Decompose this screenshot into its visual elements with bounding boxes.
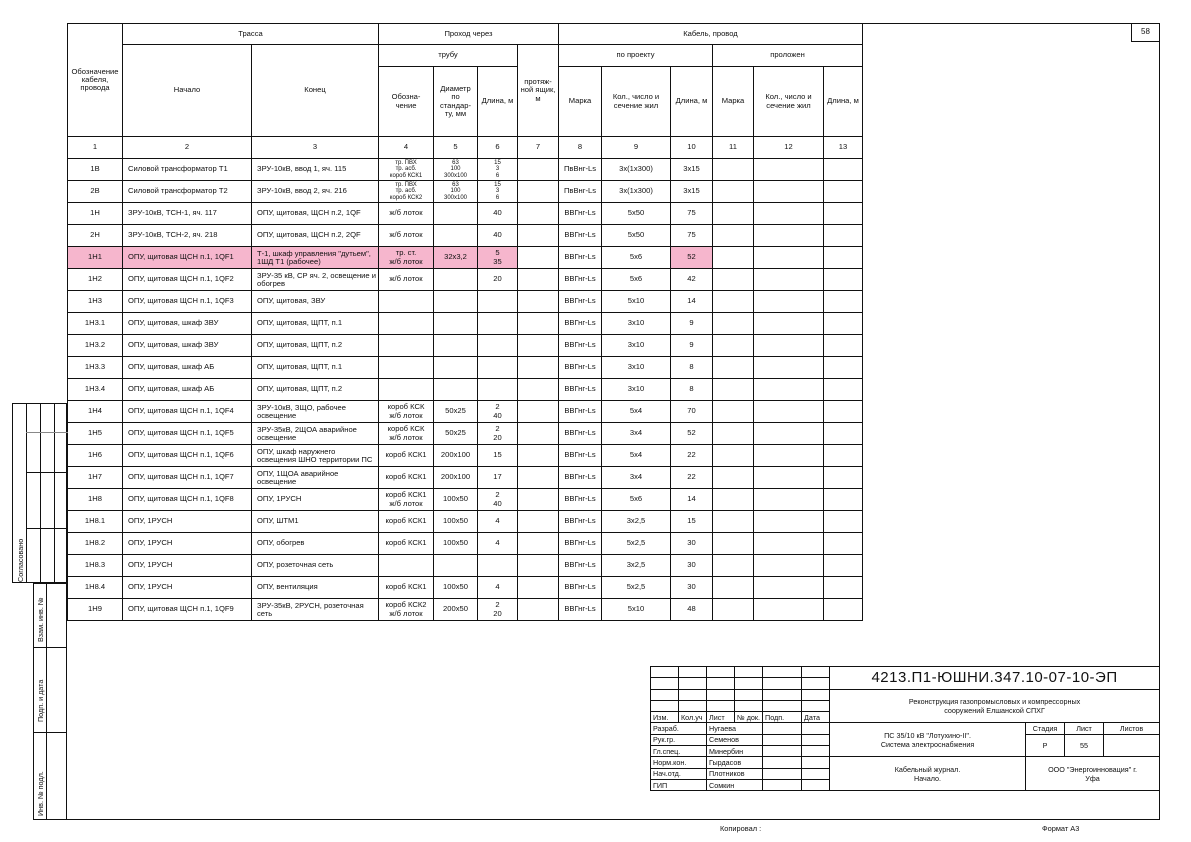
cell-brand: ВВГнг-Ls — [559, 203, 602, 225]
cell-laid-empty — [824, 225, 863, 247]
header-pipe: трубу — [379, 45, 518, 67]
cell-cores: 3x10 — [602, 379, 671, 401]
table-row: 1Н7ОПУ, щитовая ЩСН п.1, 1QF7ОПУ, 1ЩОА а… — [68, 467, 863, 489]
cell-brand: ВВГнг-Ls — [559, 313, 602, 335]
cell-laid-empty — [713, 335, 754, 357]
cell-pipe: короб КСК1 — [379, 533, 434, 555]
cell-plen: 4 — [478, 533, 518, 555]
cell-start: ЗРУ-10кВ, ТСН-1, яч. 117 — [123, 203, 252, 225]
cell-box — [518, 203, 559, 225]
cell-laid-empty — [824, 489, 863, 511]
cell-start: ОПУ, щитовая, шкаф АБ — [123, 357, 252, 379]
cell-box — [518, 511, 559, 533]
role-label: ГИП — [651, 779, 707, 790]
cell-laid-empty — [713, 269, 754, 291]
cell-plen: 2 40 — [478, 489, 518, 511]
revision-header: Лист — [707, 712, 735, 723]
cell-laid-empty — [824, 313, 863, 335]
cell-brand: ВВГнг-Ls — [559, 599, 602, 621]
role-name: Минербин — [707, 746, 763, 757]
cell-id: 1Н7 — [68, 467, 123, 489]
cell-laid-empty — [754, 379, 824, 401]
cell-cores: 5x4 — [602, 445, 671, 467]
sheets-label: Листов — [1104, 723, 1160, 734]
cell-pipe — [379, 313, 434, 335]
header-pipe-length: Длина, м — [478, 67, 518, 137]
cell-laid-empty — [713, 467, 754, 489]
cell-box — [518, 577, 559, 599]
cell-box — [518, 401, 559, 423]
revision-header: Изм. — [651, 712, 679, 723]
cell-plen: 15 3 6 — [478, 159, 518, 181]
cell-end: ОПУ, щитовая, ЗВУ — [252, 291, 379, 313]
cell-end: ОПУ, щитовая, ЩСН п.2, 1QF — [252, 203, 379, 225]
cell-laid-empty — [713, 511, 754, 533]
cell-pipe — [379, 335, 434, 357]
cell-pipe — [379, 555, 434, 577]
cell-box — [518, 225, 559, 247]
signature — [763, 779, 802, 790]
cell-box — [518, 467, 559, 489]
column-number: 4 — [379, 137, 434, 159]
cell-laid-empty — [754, 313, 824, 335]
cell-laid-empty — [824, 401, 863, 423]
table-row: 1Н8.4ОПУ, 1РУСНОПУ, вентиляциякороб КСК1… — [68, 577, 863, 599]
cell-box — [518, 269, 559, 291]
sheet-title: Кабельный журнал. Начало. — [830, 757, 1026, 791]
cell-cores: 3x4 — [602, 467, 671, 489]
table-row: 1Н3.4ОПУ, щитовая, шкаф АБОПУ, щитовая, … — [68, 379, 863, 401]
format-label: Формат А3 — [1042, 824, 1079, 833]
cell-brand: ВВГнг-Ls — [559, 379, 602, 401]
cell-laid-empty — [824, 599, 863, 621]
cell-plen: 2 40 — [478, 401, 518, 423]
table-row: 1Н8.1ОПУ, 1РУСНОПУ, ШТМ1короб КСК1100x50… — [68, 511, 863, 533]
cell-start: ОПУ, щитовая, шкаф ЗВУ — [123, 335, 252, 357]
role-name: Гырдасов — [707, 757, 763, 768]
cell-laid-empty — [754, 489, 824, 511]
cell-pipe: тр. ПВХ тр. асб. короб КСК1 — [379, 159, 434, 181]
table-row: 1Н8.2ОПУ, 1РУСНОПУ, обогревкороб КСК1100… — [68, 533, 863, 555]
role-label: Нач.отд. — [651, 768, 707, 779]
cell-plen: 4 — [478, 577, 518, 599]
cell-len: 9 — [671, 335, 713, 357]
role-name: Сомкин — [707, 779, 763, 790]
cell-len: 52 — [671, 423, 713, 445]
cell-id: 1Н8 — [68, 489, 123, 511]
cell-len: 30 — [671, 533, 713, 555]
cell-plen: 5 35 — [478, 247, 518, 269]
cell-id: 1Н3.3 — [68, 357, 123, 379]
cell-laid-empty — [754, 599, 824, 621]
cell-diam — [434, 335, 478, 357]
table-row: 2ВСиловой трансформатор Т2ЗРУ-10кВ, ввод… — [68, 181, 863, 203]
header-by-project: по проекту — [559, 45, 713, 67]
cell-plen: 4 — [478, 511, 518, 533]
cell-cores: 5x6 — [602, 489, 671, 511]
header-pipe-designation: Обозна- чение — [379, 67, 434, 137]
cell-diam — [434, 269, 478, 291]
column-number: 1 — [68, 137, 123, 159]
table-row: 1НЗРУ-10кВ, ТСН-1, яч. 117ОПУ, щитовая, … — [68, 203, 863, 225]
cell-box — [518, 181, 559, 203]
column-number: 2 — [123, 137, 252, 159]
cell-laid-empty — [713, 291, 754, 313]
cell-pipe: короб КСК ж/б лоток — [379, 401, 434, 423]
cell-laid-empty — [713, 159, 754, 181]
column-number: 12 — [754, 137, 824, 159]
cell-start: ОПУ, 1РУСН — [123, 511, 252, 533]
signature — [763, 757, 802, 768]
cell-laid-empty — [754, 225, 824, 247]
cell-pipe: ж/б лоток — [379, 225, 434, 247]
cell-brand: ВВГнг-Ls — [559, 225, 602, 247]
cell-start: ОПУ, щитовая ЩСН п.1, 1QF9 — [123, 599, 252, 621]
cell-box — [518, 423, 559, 445]
cell-plen — [478, 555, 518, 577]
column-number: 11 — [713, 137, 754, 159]
cell-diam: 200x100 — [434, 467, 478, 489]
cell-laid-empty — [713, 577, 754, 599]
cell-cores: 3x2,5 — [602, 511, 671, 533]
inv-orig-label: Инв. № подл. — [36, 771, 45, 816]
cell-brand: ВВГнг-Ls — [559, 291, 602, 313]
cell-cores: 5x6 — [602, 247, 671, 269]
cell-laid-empty — [754, 577, 824, 599]
cell-diam: 63 100 300x100 — [434, 159, 478, 181]
cell-id: 1Н1 — [68, 247, 123, 269]
cell-laid-empty — [824, 181, 863, 203]
column-number: 13 — [824, 137, 863, 159]
cell-laid-empty — [754, 291, 824, 313]
cell-cores: 5x6 — [602, 269, 671, 291]
cell-len: 14 — [671, 489, 713, 511]
cell-diam — [434, 357, 478, 379]
cell-start: ОПУ, щитовая, шкаф АБ — [123, 379, 252, 401]
table-row: 1Н1ОПУ, щитовая ЩСН п.1, 1QF1Т-1, шкаф у… — [68, 247, 863, 269]
replaced-inv-label: Взам. инв. № — [36, 597, 45, 642]
cell-cores: 5x50 — [602, 225, 671, 247]
column-number: 10 — [671, 137, 713, 159]
cell-id: 1Н2 — [68, 269, 123, 291]
cell-laid-empty — [713, 181, 754, 203]
cell-len: 48 — [671, 599, 713, 621]
cell-len: 14 — [671, 291, 713, 313]
cell-cores: 5x10 — [602, 291, 671, 313]
cell-cores: 5x2,5 — [602, 577, 671, 599]
cell-end: ЗРУ-10кВ, ввод 2, яч. 216 — [252, 181, 379, 203]
cell-end: ЗРУ-10кВ, ЗЩО, рабочее освещение — [252, 401, 379, 423]
table-row: 1Н3ОПУ, щитовая ЩСН п.1, 1QF3ОПУ, щитова… — [68, 291, 863, 313]
cell-brand: ПвВнг-Ls — [559, 159, 602, 181]
cell-laid-empty — [713, 423, 754, 445]
cell-id: 1Н6 — [68, 445, 123, 467]
signature — [763, 734, 802, 745]
cell-plen — [478, 313, 518, 335]
header-laid-length: Длина, м — [824, 67, 863, 137]
title-block: 4213.П1-ЮШНИ.347.10-07-10-ЭП Реконструкц… — [650, 666, 1160, 791]
column-number: 3 — [252, 137, 379, 159]
table-row: 1Н8ОПУ, щитовая ЩСН п.1, 1QF8ОПУ, 1РУСНк… — [68, 489, 863, 511]
cell-len: 70 — [671, 401, 713, 423]
cell-cores: 3x(1x300) — [602, 159, 671, 181]
project-title: Реконструкция газопромысловых и компресс… — [830, 689, 1160, 723]
cell-diam — [434, 555, 478, 577]
cell-id: 1Н8.2 — [68, 533, 123, 555]
cell-plen: 15 3 6 — [478, 181, 518, 203]
table-row: 2НЗРУ-10кВ, ТСН-2, яч. 218ОПУ, щитовая, … — [68, 225, 863, 247]
cell-pipe: короб КСК1 — [379, 445, 434, 467]
header-laid-brand: Марка — [713, 67, 754, 137]
cell-pipe: тр. ПВХ тр. асб. короб КСК2 — [379, 181, 434, 203]
cell-laid-empty — [754, 269, 824, 291]
cell-box — [518, 379, 559, 401]
cell-len: 30 — [671, 555, 713, 577]
column-number: 9 — [602, 137, 671, 159]
agreed-block: Согласовано — [12, 403, 67, 583]
cell-end: ОПУ, вентиляция — [252, 577, 379, 599]
cell-cores: 5x4 — [602, 401, 671, 423]
cell-laid-empty — [754, 203, 824, 225]
cell-start: ОПУ, 1РУСН — [123, 577, 252, 599]
cell-plen: 40 — [478, 225, 518, 247]
cell-end: ОПУ, 1РУСН — [252, 489, 379, 511]
doc-code: 4213.П1-ЮШНИ.347.10-07-10-ЭП — [830, 667, 1160, 690]
cell-laid-empty — [824, 533, 863, 555]
cell-diam — [434, 291, 478, 313]
cell-diam — [434, 379, 478, 401]
cable-rows: 1ВСиловой трансформатор Т1ЗРУ-10кВ, ввод… — [68, 159, 863, 621]
cell-brand: ВВГнг-Ls — [559, 577, 602, 599]
cell-diam — [434, 225, 478, 247]
header-cores: Кол., число и сечение жил — [602, 67, 671, 137]
cell-len: 75 — [671, 203, 713, 225]
header-length: Длина, м — [671, 67, 713, 137]
cell-brand: ВВГнг-Ls — [559, 335, 602, 357]
cell-plen: 40 — [478, 203, 518, 225]
cell-laid-empty — [824, 247, 863, 269]
cell-start: ОПУ, щитовая, шкаф ЗВУ — [123, 313, 252, 335]
cell-cores: 5x50 — [602, 203, 671, 225]
cell-cores: 5x10 — [602, 599, 671, 621]
cell-laid-empty — [754, 159, 824, 181]
cell-len: 30 — [671, 577, 713, 599]
cell-laid-empty — [713, 313, 754, 335]
cell-brand: ВВГнг-Ls — [559, 511, 602, 533]
cell-start: ОПУ, щитовая ЩСН п.1, 1QF5 — [123, 423, 252, 445]
cell-end: ОПУ, шкаф наружнего освещения ШНО террит… — [252, 445, 379, 467]
cell-laid-empty — [713, 357, 754, 379]
signature — [763, 746, 802, 757]
cell-id: 1Н3.1 — [68, 313, 123, 335]
cell-diam: 50x25 — [434, 423, 478, 445]
cell-cores: 3x4 — [602, 423, 671, 445]
column-number: 6 — [478, 137, 518, 159]
cable-journal-table: Обозначение кабеля, провода Трасса Прохо… — [67, 23, 863, 621]
cell-plen — [478, 291, 518, 313]
cell-laid-empty — [824, 445, 863, 467]
cell-pipe: короб КСК1 — [379, 577, 434, 599]
cell-laid-empty — [754, 401, 824, 423]
header-brand: Марка — [559, 67, 602, 137]
cell-id: 1Н9 — [68, 599, 123, 621]
cell-laid-empty — [713, 247, 754, 269]
cell-laid-empty — [824, 159, 863, 181]
cell-brand: ВВГнг-Ls — [559, 423, 602, 445]
cell-pipe: короб КСК1 — [379, 467, 434, 489]
cell-box — [518, 247, 559, 269]
cell-start: ОПУ, щитовая ЩСН п.1, 1QF1 — [123, 247, 252, 269]
header-cable: Кабель, провод — [559, 24, 863, 45]
organization: ООО "Энергоинновация" г. Уфа — [1026, 757, 1160, 791]
cell-laid-empty — [824, 423, 863, 445]
table-row: 1Н2ОПУ, щитовая ЩСН п.1, 1QF2ЗРУ-35 кВ, … — [68, 269, 863, 291]
cell-start: ОПУ, щитовая ЩСН п.1, 1QF7 — [123, 467, 252, 489]
cell-brand: ВВГнг-Ls — [559, 357, 602, 379]
cell-laid-empty — [754, 445, 824, 467]
cell-cores: 5x2,5 — [602, 533, 671, 555]
cell-id: 1Н8.1 — [68, 511, 123, 533]
cell-laid-empty — [754, 247, 824, 269]
inventory-block: Взам. инв. № Подп. и дата Инв. № подл. — [33, 583, 67, 820]
cell-laid-empty — [754, 533, 824, 555]
cell-laid-empty — [713, 533, 754, 555]
cell-start: Силовой трансформатор Т1 — [123, 159, 252, 181]
cell-laid-empty — [713, 401, 754, 423]
revision-header: Кол.уч — [679, 712, 707, 723]
cell-diam: 200x50 — [434, 599, 478, 621]
cell-id: 2Н — [68, 225, 123, 247]
cell-diam: 100x50 — [434, 577, 478, 599]
header-route: Трасса — [123, 24, 379, 45]
column-number: 8 — [559, 137, 602, 159]
cell-len: 3x15 — [671, 181, 713, 203]
cell-len: 42 — [671, 269, 713, 291]
cell-id: 1В — [68, 159, 123, 181]
cell-start: ЗРУ-10кВ, ТСН-2, яч. 218 — [123, 225, 252, 247]
cell-box — [518, 159, 559, 181]
role-label: Рук.гр. — [651, 734, 707, 745]
header-passage: Проход через — [379, 24, 559, 45]
cell-brand: ВВГнг-Ls — [559, 269, 602, 291]
header-cable-designation: Обозначение кабеля, провода — [68, 24, 123, 137]
cell-box — [518, 445, 559, 467]
cell-end: ОПУ, розеточная сеть — [252, 555, 379, 577]
table-row: 1Н4ОПУ, щитовая ЩСН п.1, 1QF4ЗРУ-10кВ, З… — [68, 401, 863, 423]
cell-len: 8 — [671, 379, 713, 401]
cell-laid-empty — [754, 335, 824, 357]
cell-laid-empty — [824, 357, 863, 379]
cell-plen — [478, 379, 518, 401]
signature — [763, 768, 802, 779]
cell-pipe: тр. ст. ж/б лоток — [379, 247, 434, 269]
revision-header: № док. — [735, 712, 763, 723]
cell-diam — [434, 313, 478, 335]
cell-brand: ПвВнг-Ls — [559, 181, 602, 203]
cell-end: ОПУ, щитовая, ЩПТ, п.2 — [252, 335, 379, 357]
cell-laid-empty — [713, 489, 754, 511]
sheet-value: 55 — [1065, 734, 1104, 757]
cell-pipe: короб КСК ж/б лоток — [379, 423, 434, 445]
cell-end: ЗРУ-35кВ, 2РУСН, розеточная сеть — [252, 599, 379, 621]
cell-brand: ВВГнг-Ls — [559, 247, 602, 269]
cell-len: 8 — [671, 357, 713, 379]
cell-diam: 50x25 — [434, 401, 478, 423]
cell-plen — [478, 335, 518, 357]
cell-laid-empty — [713, 225, 754, 247]
cell-laid-empty — [824, 555, 863, 577]
cell-id: 1Н8.4 — [68, 577, 123, 599]
cell-diam: 63 100 300x100 — [434, 181, 478, 203]
role-name: Семенов — [707, 734, 763, 745]
cell-end: ОПУ, щитовая, ЩПТ, п.2 — [252, 379, 379, 401]
cell-pipe — [379, 379, 434, 401]
table-row: 1ВСиловой трансформатор Т1ЗРУ-10кВ, ввод… — [68, 159, 863, 181]
cell-id: 1Н5 — [68, 423, 123, 445]
column-numbers-row: 12345678910111213 — [68, 137, 863, 159]
cell-laid-empty — [824, 291, 863, 313]
role-label: Норм.кон. — [651, 757, 707, 768]
header-pipe-diameter: Диаметр по стандар- ту, мм — [434, 67, 478, 137]
cell-start: ОПУ, щитовая ЩСН п.1, 1QF3 — [123, 291, 252, 313]
cell-laid-empty — [754, 467, 824, 489]
cell-brand: ВВГнг-Ls — [559, 467, 602, 489]
page-number: 58 — [1131, 23, 1160, 42]
cell-len: 22 — [671, 445, 713, 467]
role-label: Гл.спец. — [651, 746, 707, 757]
cell-end: ЗРУ-35кВ, 2ЩОА аварийное освещение — [252, 423, 379, 445]
cell-start: ОПУ, 1РУСН — [123, 533, 252, 555]
cell-end: ОПУ, щитовая, ЩПТ, п.1 — [252, 313, 379, 335]
sign-date-label: Подп. и дата — [36, 680, 45, 722]
cell-pipe: ж/б лоток — [379, 203, 434, 225]
cell-pipe: короб КСК1 ж/б лоток — [379, 489, 434, 511]
agreed-label: Согласовано — [16, 539, 25, 582]
cell-laid-empty — [754, 181, 824, 203]
cell-diam: 100x50 — [434, 489, 478, 511]
cell-start: ОПУ, щитовая ЩСН п.1, 1QF2 — [123, 269, 252, 291]
cell-plen: 15 — [478, 445, 518, 467]
cell-start: ОПУ, щитовая ЩСН п.1, 1QF4 — [123, 401, 252, 423]
cell-laid-empty — [713, 203, 754, 225]
cell-len: 3x15 — [671, 159, 713, 181]
header-start: Начало — [123, 45, 252, 137]
cell-diam: 100x50 — [434, 511, 478, 533]
cell-laid-empty — [824, 203, 863, 225]
cell-box — [518, 291, 559, 313]
cell-plen: 20 — [478, 269, 518, 291]
sheet-label: Лист — [1065, 723, 1104, 734]
header-laid: проложен — [713, 45, 863, 67]
cell-pipe: ж/б лоток — [379, 269, 434, 291]
cell-start: ОПУ, щитовая ЩСН п.1, 1QF8 — [123, 489, 252, 511]
cell-len: 15 — [671, 511, 713, 533]
cell-box — [518, 555, 559, 577]
cell-id: 1Н8.3 — [68, 555, 123, 577]
cell-id: 1Н3.2 — [68, 335, 123, 357]
cell-cores: 3x(1x300) — [602, 181, 671, 203]
cell-pipe — [379, 357, 434, 379]
cell-brand: ВВГнг-Ls — [559, 445, 602, 467]
cell-id: 1Н4 — [68, 401, 123, 423]
cell-brand: ВВГнг-Ls — [559, 489, 602, 511]
cell-box — [518, 599, 559, 621]
cell-plen — [478, 357, 518, 379]
cell-laid-empty — [824, 269, 863, 291]
cell-box — [518, 313, 559, 335]
cell-id: 1Н3.4 — [68, 379, 123, 401]
cell-laid-empty — [754, 555, 824, 577]
